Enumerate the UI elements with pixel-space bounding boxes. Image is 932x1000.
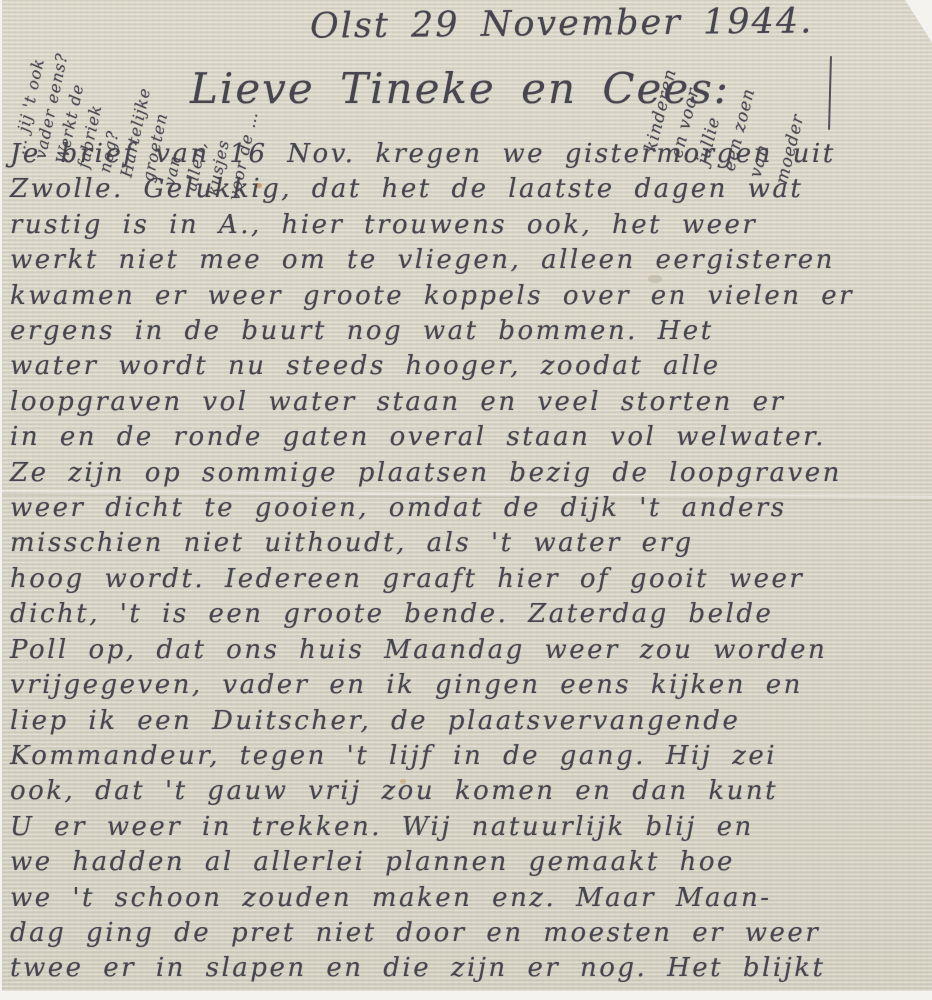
dateline: Olst 29 November 1944. xyxy=(310,1,814,46)
letter-line: loopgraven vol water staan en veel stort… xyxy=(10,385,930,420)
letter-line: water wordt nu steeds hooger, zoodat all… xyxy=(10,349,930,384)
letter-paper: … jij 't ookvader eens?Werkt defabriekno… xyxy=(2,0,932,991)
letter-line: weer dicht te gooien, omdat de dijk 't a… xyxy=(10,491,930,526)
letter-line: U er weer in trekken. Wij natuurlijk bli… xyxy=(10,810,930,845)
letter-line: we hadden al allerlei plannen gemaakt ho… xyxy=(10,845,930,880)
letter-line: kwamen er weer groote koppels over en vi… xyxy=(10,279,930,314)
letter-line: dicht, 't is een groote bende. Zaterdag … xyxy=(10,597,930,632)
pen-stroke xyxy=(828,56,832,130)
letter-body: Je brief van 16 Nov. kregen we gistermor… xyxy=(10,137,930,987)
letter-line: misschien niet uithoudt, als 't water er… xyxy=(10,526,930,561)
letter-line: twee er in slapen en die zijn er nog. He… xyxy=(10,951,930,986)
letter-line: Kommandeur, tegen 't lijf in de gang. Hi… xyxy=(10,739,930,774)
letter-line: ergens in de buurt nog wat bommen. Het xyxy=(10,314,930,349)
scanned-letter: … jij 't ookvader eens?Werkt defabriekno… xyxy=(0,0,932,1000)
letter-line: rustig is in A., hier trouwens ook, het … xyxy=(10,208,930,243)
letter-line: werkt niet mee om te vliegen, alleen eer… xyxy=(10,243,930,278)
letter-line: Zwolle. Gelukkig, dat het de laatste dag… xyxy=(10,172,930,207)
letter-line: liep ik een Duitscher, de plaatsvervange… xyxy=(10,704,930,739)
letter-line: hoog wordt. Iedereen graaft hier of gooi… xyxy=(10,562,930,597)
letter-line: we 't schoon zouden maken enz. Maar Maan… xyxy=(10,881,930,916)
letter-line: Poll op, dat ons huis Maandag weer zou w… xyxy=(10,633,930,668)
letter-line: in en de ronde gaten overal staan vol we… xyxy=(10,420,930,455)
letter-line: Ze zijn op sommige plaatsen bezig de loo… xyxy=(10,456,930,491)
letter-line: dag ging de pret niet door en moesten er… xyxy=(10,916,930,951)
letter-line: Je brief van 16 Nov. kregen we gistermor… xyxy=(10,137,930,172)
letter-line: ook, dat 't gauw vrij zou komen en dan k… xyxy=(10,774,930,809)
letter-line: vrijgegeven, vader en ik gingen eens kij… xyxy=(10,668,930,703)
